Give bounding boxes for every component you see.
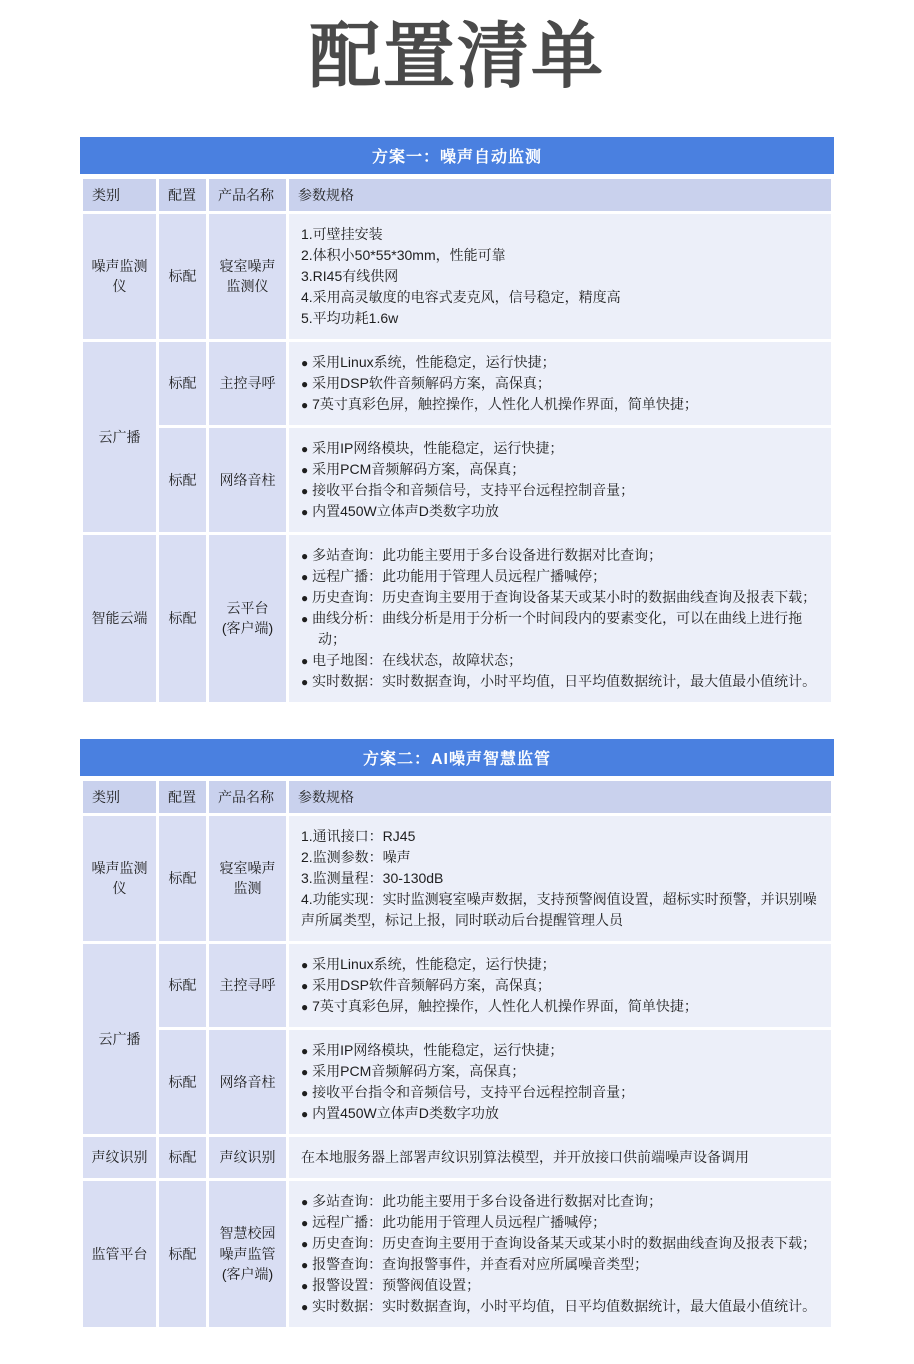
spec-line: ● 多站查询：此功能主要用于多台设备进行数据对比查询； (301, 545, 819, 566)
spec-line: ● 报警查询：查询报警事件，并查看对应所属噪音类型； (301, 1254, 819, 1275)
category-cell: 噪声监测 仪 (82, 814, 158, 942)
bullet-icon: ● (301, 442, 308, 456)
column-header: 配置 (158, 177, 208, 212)
column-header-row: 类别配置产品名称参数规格 (82, 779, 833, 814)
bullet-icon: ● (301, 377, 308, 391)
spec-line: ● 远程广播：此功能用于管理人员远程广播喊停； (301, 1212, 819, 1233)
spec-cell: 1.可壁挂安装2.体积小50*55*30mm，性能可靠3.RI45有线供网4.采… (288, 212, 833, 340)
spec-line: ● 报警设置：预警阀值设置； (301, 1275, 819, 1296)
bullet-icon: ● (301, 1279, 308, 1293)
spec-cell: ● 多站查询：此功能主要用于多台设备进行数据对比查询；● 远程广播：此功能用于管… (288, 533, 833, 703)
bullet-icon: ● (301, 1044, 308, 1058)
config-cell: 标配 (158, 212, 208, 340)
spec-line: ● 采用DSP软件音频解码方案，高保真； (301, 975, 819, 996)
plan-two-banner: 方案二：AI噪声智慧监管 (80, 739, 834, 776)
config-cell: 标配 (158, 1179, 208, 1328)
plan-one-table: 类别配置产品名称参数规格噪声监测 仪标配寝室噪声 监测仪1.可壁挂安装2.体积小… (80, 176, 834, 705)
bullet-icon: ● (301, 1195, 308, 1209)
product-cell: 寝室噪声 监测 (208, 814, 288, 942)
config-cell: 标配 (158, 533, 208, 703)
spec-line: 1.可壁挂安装 (301, 224, 819, 245)
category-cell: 噪声监测 仪 (82, 212, 158, 340)
table-row: 监管平台标配智慧校园 噪声监管 (客户端)● 多站查询：此功能主要用于多台设备进… (82, 1179, 833, 1328)
category-cell: 声纹识别 (82, 1135, 158, 1179)
bullet-icon: ● (301, 1000, 308, 1014)
bullet-icon: ● (301, 675, 308, 689)
spec-line: ● 接收平台指令和音频信号，支持平台远程控制音量； (301, 1082, 819, 1103)
table-row: 智能云端标配云平台 (客户端)● 多站查询：此功能主要用于多台设备进行数据对比查… (82, 533, 833, 703)
config-cell: 标配 (158, 340, 208, 426)
column-header: 产品名称 (208, 177, 288, 212)
table-row: 噪声监测 仪标配寝室噪声 监测仪1.可壁挂安装2.体积小50*55*30mm，性… (82, 212, 833, 340)
product-cell: 声纹识别 (208, 1135, 288, 1179)
bullet-icon: ● (301, 1086, 308, 1100)
spec-line: ● 7英寸真彩色屏，触控操作，人性化人机操作界面，简单快捷； (301, 394, 819, 415)
bullet-icon: ● (301, 958, 308, 972)
column-header: 配置 (158, 779, 208, 814)
bullet-icon: ● (301, 463, 308, 477)
spec-cell: ● 采用Linux系统，性能稳定，运行快捷；● 采用DSP软件音频解码方案，高保… (288, 340, 833, 426)
config-cell: 标配 (158, 1028, 208, 1135)
bullet-icon: ● (301, 1237, 308, 1251)
spec-line: ● 曲线分析：曲线分析是用于分析一个时间段内的要素变化，可以在曲线上进行拖动； (301, 608, 819, 650)
table-row: 噪声监测 仪标配寝室噪声 监测1.通讯接口：RJ452.监测参数：噪声3.监测量… (82, 814, 833, 942)
spec-line: ● 历史查询：历史查询主要用于查询设备某天或某小时的数据曲线查询及报表下载； (301, 587, 819, 608)
config-cell: 标配 (158, 426, 208, 533)
spec-line: 4.采用高灵敏度的电容式麦克风，信号稳定，精度高 (301, 287, 819, 308)
column-header: 产品名称 (208, 779, 288, 814)
product-cell: 网络音柱 (208, 426, 288, 533)
spec-line: ● 内置450W立体声D类数字功放 (301, 501, 819, 522)
spec-line: 2.体积小50*55*30mm，性能可靠 (301, 245, 819, 266)
product-cell: 寝室噪声 监测仪 (208, 212, 288, 340)
spec-line: 3.RI45有线供网 (301, 266, 819, 287)
page-title: 配置清单 (0, 16, 914, 99)
plan-two-section: 方案二：AI噪声智慧监管 类别配置产品名称参数规格噪声监测 仪标配寝室噪声 监测… (80, 739, 834, 1330)
spec-line: 在本地服务器上部署声纹识别算法模型，并开放接口供前端噪声设备调用 (301, 1147, 819, 1168)
product-cell: 网络音柱 (208, 1028, 288, 1135)
spec-line: ● 采用PCM音频解码方案，高保真； (301, 1061, 819, 1082)
bullet-icon: ● (301, 1065, 308, 1079)
page: 配置清单 方案一：噪声自动监测 类别配置产品名称参数规格噪声监测 仪标配寝室噪声… (0, 0, 914, 1330)
spec-line: ● 采用DSP软件音频解码方案，高保真； (301, 373, 819, 394)
plan-two-table: 类别配置产品名称参数规格噪声监测 仪标配寝室噪声 监测1.通讯接口：RJ452.… (80, 778, 834, 1330)
spec-line: ● 电子地图：在线状态，故障状态； (301, 650, 819, 671)
spec-line: ● 采用IP网络模块，性能稳定，运行快捷； (301, 1040, 819, 1061)
plan-one-banner: 方案一：噪声自动监测 (80, 137, 834, 174)
table-row: 声纹识别标配声纹识别在本地服务器上部署声纹识别算法模型，并开放接口供前端噪声设备… (82, 1135, 833, 1179)
category-cell: 监管平台 (82, 1179, 158, 1328)
plan-one-section: 方案一：噪声自动监测 类别配置产品名称参数规格噪声监测 仪标配寝室噪声 监测仪1… (80, 137, 834, 705)
column-header-row: 类别配置产品名称参数规格 (82, 177, 833, 212)
bullet-icon: ● (301, 1258, 308, 1272)
spec-cell: ● 采用Linux系统，性能稳定，运行快捷；● 采用DSP软件音频解码方案，高保… (288, 942, 833, 1028)
spec-line: ● 实时数据：实时数据查询，小时平均值，日平均值数据统计，最大值最小值统计。 (301, 671, 819, 692)
spec-cell: ● 多站查询：此功能主要用于多台设备进行数据对比查询；● 远程广播：此功能用于管… (288, 1179, 833, 1328)
spec-line: ● 采用PCM音频解码方案，高保真； (301, 459, 819, 480)
spec-line: 5.平均功耗1.6w (301, 308, 819, 329)
spec-line: ● 采用Linux系统，性能稳定，运行快捷； (301, 954, 819, 975)
bullet-icon: ● (301, 612, 308, 626)
category-cell: 云广播 (82, 340, 158, 533)
bullet-icon: ● (301, 1300, 308, 1314)
bullet-icon: ● (301, 484, 308, 498)
table-row: 云广播标配主控寻呼● 采用Linux系统，性能稳定，运行快捷；● 采用DSP软件… (82, 340, 833, 426)
spec-line: ● 内置450W立体声D类数字功放 (301, 1103, 819, 1124)
product-cell: 主控寻呼 (208, 340, 288, 426)
spec-line: ● 历史查询：历史查询主要用于查询设备某天或某小时的数据曲线查询及报表下载； (301, 1233, 819, 1254)
spec-line: ● 实时数据：实时数据查询，小时平均值，日平均值数据统计，最大值最小值统计。 (301, 1296, 819, 1317)
bullet-icon: ● (301, 549, 308, 563)
spec-line: ● 接收平台指令和音频信号，支持平台远程控制音量； (301, 480, 819, 501)
bullet-icon: ● (301, 591, 308, 605)
spec-line: ● 采用IP网络模块，性能稳定，运行快捷； (301, 438, 819, 459)
column-header: 类别 (82, 779, 158, 814)
spec-line: ● 采用Linux系统，性能稳定，运行快捷； (301, 352, 819, 373)
config-cell: 标配 (158, 1135, 208, 1179)
product-cell: 智慧校园 噪声监管 (客户端) (208, 1179, 288, 1328)
bullet-icon: ● (301, 1216, 308, 1230)
bullet-icon: ● (301, 654, 308, 668)
spec-line: ● 多站查询：此功能主要用于多台设备进行数据对比查询； (301, 1191, 819, 1212)
table-row: 标配网络音柱● 采用IP网络模块，性能稳定，运行快捷；● 采用PCM音频解码方案… (82, 426, 833, 533)
table-row: 标配网络音柱● 采用IP网络模块，性能稳定，运行快捷；● 采用PCM音频解码方案… (82, 1028, 833, 1135)
bullet-icon: ● (301, 979, 308, 993)
category-cell: 智能云端 (82, 533, 158, 703)
bullet-icon: ● (301, 1107, 308, 1121)
spec-line: 2.监测参数：噪声 (301, 847, 819, 868)
spec-line: ● 远程广播：此功能用于管理人员远程广播喊停； (301, 566, 819, 587)
category-cell: 云广播 (82, 942, 158, 1135)
spec-cell: 1.通讯接口：RJ452.监测参数：噪声3.监测量程：30-130dB4.功能实… (288, 814, 833, 942)
column-header: 参数规格 (288, 177, 833, 212)
spec-cell: ● 采用IP网络模块，性能稳定，运行快捷；● 采用PCM音频解码方案，高保真；●… (288, 426, 833, 533)
spec-line: ● 7英寸真彩色屏，触控操作，人性化人机操作界面，简单快捷； (301, 996, 819, 1017)
spec-cell: ● 采用IP网络模块，性能稳定，运行快捷；● 采用PCM音频解码方案，高保真；●… (288, 1028, 833, 1135)
product-cell: 云平台 (客户端) (208, 533, 288, 703)
product-cell: 主控寻呼 (208, 942, 288, 1028)
table-row: 云广播标配主控寻呼● 采用Linux系统，性能稳定，运行快捷；● 采用DSP软件… (82, 942, 833, 1028)
spec-line: 3.监测量程：30-130dB (301, 868, 819, 889)
bullet-icon: ● (301, 505, 308, 519)
spec-line: 4.功能实现：实时监测寝室噪声数据，支持预警阀值设置，超标实时预警，并识别噪声所… (301, 889, 819, 931)
spec-cell: 在本地服务器上部署声纹识别算法模型，并开放接口供前端噪声设备调用 (288, 1135, 833, 1179)
column-header: 类别 (82, 177, 158, 212)
bullet-icon: ● (301, 570, 308, 584)
column-header: 参数规格 (288, 779, 833, 814)
bullet-icon: ● (301, 356, 308, 370)
bullet-icon: ● (301, 398, 308, 412)
config-cell: 标配 (158, 814, 208, 942)
config-cell: 标配 (158, 942, 208, 1028)
spec-line: 1.通讯接口：RJ45 (301, 826, 819, 847)
